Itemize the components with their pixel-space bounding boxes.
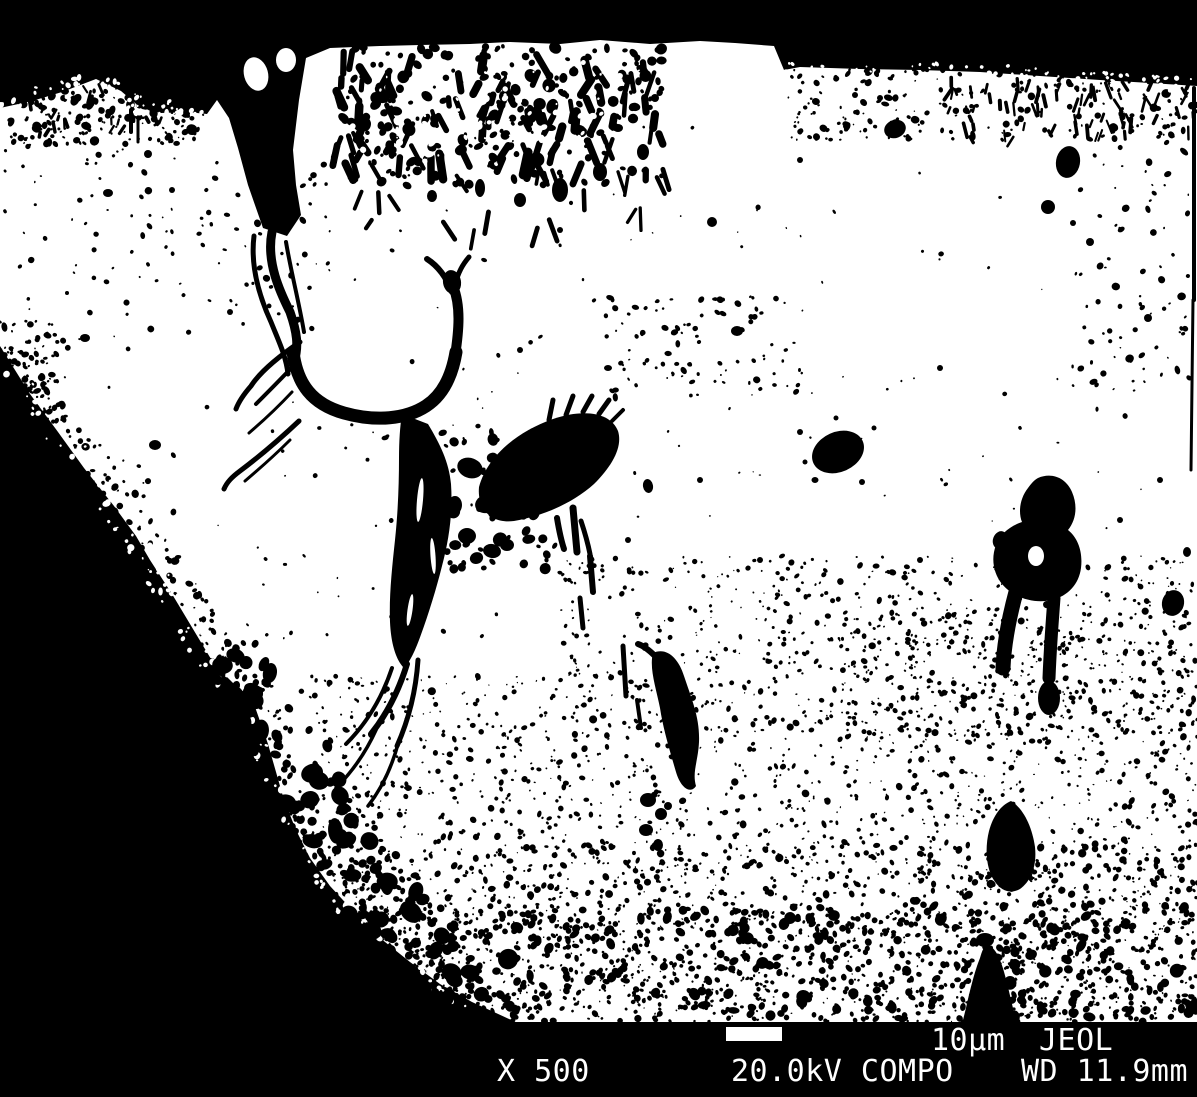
scale-bar [726,1027,782,1041]
voltage-mode-readout: 20.0kV COMPO [731,1057,954,1087]
scale-label: 10μm [931,1026,1005,1056]
vendor-label: JEOL [1039,1026,1113,1056]
micrograph-canvas [0,0,1197,1097]
sem-micrograph: 10μm JEOL X 500 20.0kV COMPO WD 11.9mm [0,0,1197,1097]
magnification-readout: X 500 [497,1057,590,1087]
jeol-data-bar: 10μm JEOL X 500 20.0kV COMPO WD 11.9mm [0,1022,1197,1097]
working-distance-readout: WD 11.9mm [1021,1057,1188,1087]
